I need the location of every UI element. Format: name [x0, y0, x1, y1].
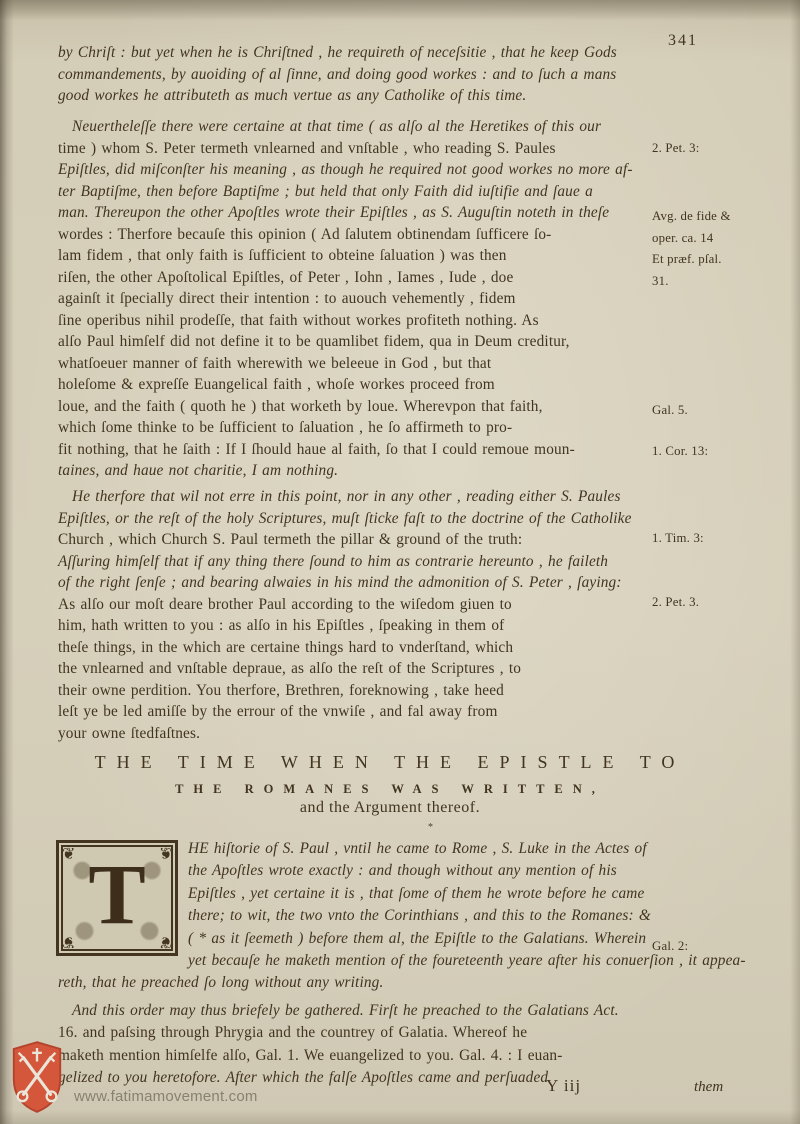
- text-line: againſt it ſpecially direct their intent…: [58, 288, 662, 310]
- text-line: good workes he attributeth as much vertu…: [58, 85, 662, 107]
- text-line: loue, and the faith ( quoth he ) that wo…: [58, 396, 662, 418]
- text-line: which ſome thinke to be ſufficient to ſa…: [58, 417, 662, 439]
- text-line: time ) whom S. Peter termeth vnlearned a…: [58, 138, 662, 160]
- text-line: holeſome & expreſſe Euangelical faith , …: [58, 374, 662, 396]
- paragraph-neverthelesse: Neuertheleſſe there were certaine at tha…: [58, 116, 662, 482]
- ornate-dropcap-T: ❦ ❦ ❦ ❦ T: [56, 840, 178, 956]
- text-line: taines, and haue not charitie, I am noth…: [58, 460, 662, 482]
- text-line: of the right ſenſe ; and bearing alwaies…: [58, 572, 662, 594]
- text-line: man. Thereupon the other Apoſtles wrote …: [58, 202, 662, 224]
- margin-note: Gal. 5.: [652, 400, 798, 422]
- text-line: wordes : Therfore becauſe this opinion (…: [58, 224, 662, 246]
- crossed-keys-shield-icon: [8, 1040, 66, 1114]
- section-heading-line2: THE ROMANES WAS WRITTEN,: [60, 782, 720, 797]
- text-line: whatſoeuer manner of faith wherewith we …: [58, 353, 662, 375]
- text-line: Neuertheleſſe there were certaine at tha…: [58, 116, 662, 138]
- text-line: lam fidem , that only faith is ſufficien…: [58, 245, 662, 267]
- paragraph-argument: ❦ ❦ ❦ ❦ T HE hiſtorie of S. Paul , vntil…: [58, 838, 662, 995]
- section-heading-line3: and the Argument thereof.: [60, 799, 720, 817]
- gathering-signature: Y iij: [546, 1076, 581, 1096]
- text-line: your owne ſtedfaſtnes.: [58, 723, 662, 745]
- text-line: the vnlearned and vnſtable depraue, as a…: [58, 658, 662, 680]
- floral-ornament-icon: ❦: [159, 932, 172, 952]
- watermark-url: www.fatimamovement.com: [74, 1088, 258, 1105]
- text-line: As alſo our moſt deare brother Paul acco…: [58, 594, 662, 616]
- margin-note: 2. Pet. 3.: [652, 592, 798, 614]
- text-line: riſen, the other Apoſtolical Epiſtles, o…: [58, 267, 662, 289]
- paragraph-he-therfore: He therfore that wil not erre in this po…: [58, 486, 662, 744]
- scanned-book-page: 341 by Chriſt : but yet when he is Chriſ…: [0, 0, 800, 1124]
- text-line: fit nothing, that he ſaith : If I ſhould…: [58, 439, 662, 461]
- text-line: Church , which Church S. Paul termeth th…: [58, 529, 662, 551]
- catchword: them: [694, 1079, 723, 1096]
- watermark: www.fatimamovement.com: [8, 1016, 258, 1116]
- margin-note: 1. Tim. 3:: [652, 528, 798, 550]
- text-line: ter Baptiſme, then before Baptiſme ; but…: [58, 181, 662, 203]
- text-line: by Chriſt : but yet when he is Chriſtned…: [58, 42, 662, 64]
- margin-note: 1. Cor. 13:: [652, 441, 798, 463]
- text-line: Epiſtles, did miſconſter his meaning , a…: [58, 159, 662, 181]
- text-line: Epiſtles, or the reſt of the holy Script…: [58, 508, 662, 530]
- floral-ornament-icon: ❦: [159, 844, 172, 864]
- text-line: their owne perdition. You therfore, Bret…: [58, 680, 662, 702]
- text-line: him, hath written to you : as alſo in hi…: [58, 615, 662, 637]
- section-mark: *: [428, 822, 433, 833]
- text-line: theſe things, in the which are certaine …: [58, 637, 662, 659]
- margin-note: 2. Pet. 3:: [652, 138, 798, 160]
- dropcap-letter: T: [88, 852, 145, 938]
- text-line: alſo Paul himſelf did not define it to b…: [58, 331, 662, 353]
- margin-note: Gal. 2:: [652, 936, 798, 958]
- floral-ornament-icon: ❦: [62, 932, 75, 952]
- page-number: 341: [668, 32, 698, 50]
- margin-note: Avg. de fide & oper. ca. 14 Et præf. pſa…: [652, 206, 798, 292]
- floral-ornament-icon: ❦: [62, 844, 75, 864]
- text-line: commandements, by auoiding of al ſinne, …: [58, 64, 662, 86]
- section-heading-line1: THE TIME WHEN THE EPISTLE TO: [60, 752, 720, 773]
- text-line: ſine operibus nihil prodeſſe, that faith…: [58, 310, 662, 332]
- text-line: He therfore that wil not erre in this po…: [58, 486, 662, 508]
- text-line: Aſſuring himſelf that if any thing there…: [58, 551, 662, 573]
- text-line: leſt ye be led amiſſe by the errour of t…: [58, 701, 662, 723]
- text-line: reth, that he preached ſo long without a…: [58, 972, 662, 994]
- paragraph-continuation: by Chriſt : but yet when he is Chriſtned…: [58, 42, 662, 107]
